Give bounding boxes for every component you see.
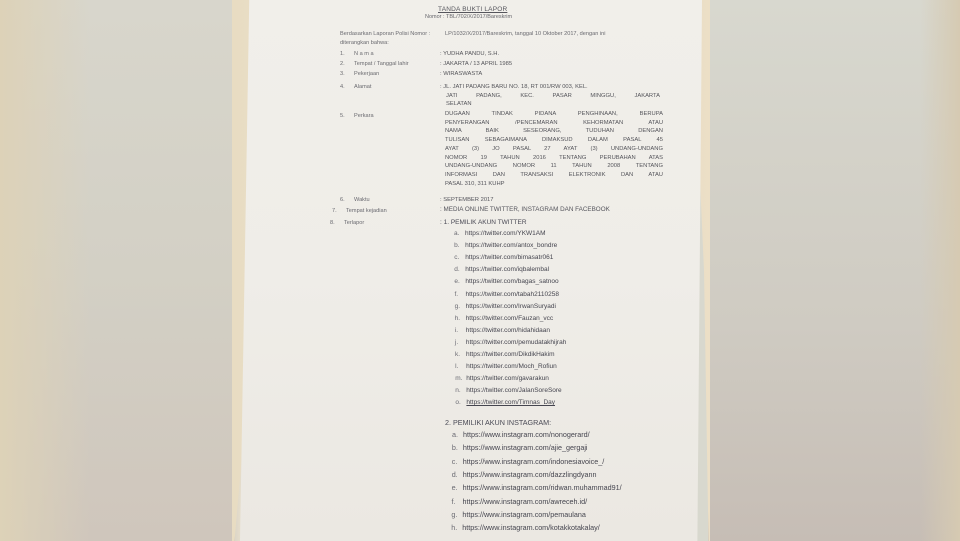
list-item-letter: l. — [455, 363, 466, 370]
case-line: DUGAAN TINDAK PIDANA PENGHINAAN, BERUPA — [445, 110, 663, 119]
field-index: 4. — [340, 84, 350, 90]
field-index: 8. — [330, 220, 340, 226]
field-value-birth: JAKARTA / 13 APRIL 1985 — [440, 60, 512, 69]
account-url: https://www.instagram.com/ridwan.muhamma… — [463, 483, 622, 492]
address-line: SELATAN — [446, 100, 660, 109]
intro-line2: diterangkan bahwa: — [340, 40, 389, 46]
list-item: f.https://www.instagram.com/awreceh.id/ — [452, 497, 588, 506]
list-item-letter: c. — [454, 254, 465, 261]
account-url: https://twitter.com/bagas_satnoo — [465, 278, 558, 285]
list-item-letter: g. — [455, 303, 466, 310]
account-url: https://twitter.com/Fauzan_vcc — [466, 315, 553, 322]
list-item: c.https://www.instagram.com/indonesiavoi… — [452, 457, 604, 466]
list-item-letter: g. — [451, 510, 462, 519]
list-item: k.https://twitter.com/DikdikHakim — [455, 351, 555, 358]
account-url: https://www.instagram.com/dazzlingdyann — [463, 470, 597, 479]
account-url: https://twitter.com/DikdikHakim — [466, 351, 555, 358]
field-value-name: YUDHA PANDU, S.H. — [440, 50, 499, 59]
twitter-accounts-heading: 1. PEMILIK AKUN TWITTER — [440, 219, 527, 228]
account-url: https://www.instagram.com/kotakkotakalay… — [462, 523, 599, 532]
list-item: g.https://twitter.com/IrwanSuryadi — [455, 303, 556, 310]
field-label: Perkara — [354, 113, 449, 119]
account-url: https://twitter.com/antox_bondre — [465, 242, 557, 249]
account-url: https://www.instagram.com/pemaulana — [462, 510, 585, 519]
field-value-case: DUGAAN TINDAK PIDANA PENGHINAAN, BERUPA … — [445, 110, 663, 188]
list-item: f.https://twitter.com/tabah2110258 — [455, 291, 559, 298]
list-item-letter: e. — [454, 278, 465, 285]
account-url: https://twitter.com/Moch_Rofiun — [466, 363, 557, 370]
list-item-letter: h. — [455, 315, 466, 322]
case-line: NOMOR 19 TAHUN 2016 TENTANG PERUBAHAN AT… — [445, 154, 663, 163]
background-right — [708, 0, 960, 541]
list-item-letter: a. — [454, 230, 465, 237]
account-url: https://www.instagram.com/nonogerard/ — [463, 430, 590, 439]
field-index: 5. — [340, 113, 350, 119]
list-item: h.https://twitter.com/Fauzan_vcc — [455, 315, 553, 322]
address-line: JATI PADANG, KEC. PASAR MINGGU, JAKARTA — [446, 92, 660, 101]
list-item: a.https://twitter.com/YKW1AM — [454, 230, 546, 237]
case-line: PASAL 310, 311 KUHP — [445, 180, 663, 189]
document-title: TANDA BUKTI LAPOR — [438, 6, 507, 13]
list-item: b.https://www.instagram.com/ajie_gergaji — [452, 443, 588, 452]
account-url: https://twitter.com/JalanSoreSore — [466, 387, 561, 394]
field-label: Tempat kejadian — [346, 208, 441, 214]
list-item-letter: a. — [452, 430, 463, 439]
field-value-location: MEDIA ONLINE TWITTER, INSTAGRAM DAN FACE… — [440, 206, 610, 215]
field-value-occupation: WIRASWASTA — [440, 70, 482, 79]
list-item: g.https://www.instagram.com/pemaulana — [451, 510, 585, 519]
account-url: https://twitter.com/pemudatakhijrah — [466, 339, 566, 346]
field-index: 1. — [340, 51, 350, 57]
field-value-time: SEPTEMBER 2017 — [440, 196, 494, 205]
intro-label: Berdasarkan Laporan Polisi Nomor : — [340, 30, 445, 39]
address-line: JL. JATI PADANG BARU NO. 18, RT 001/RW 0… — [443, 84, 587, 90]
list-item-letter: c. — [452, 457, 463, 466]
list-item-letter: d. — [452, 470, 463, 479]
account-url: https://twitter.com/tabah2110258 — [466, 291, 559, 298]
account-url: https://www.instagram.com/awreceh.id/ — [463, 497, 588, 506]
account-url: https://www.instagram.com/ajie_gergaji — [463, 443, 588, 452]
case-line: UNDANG-UNDANG NOMOR 11 TAHUN 2008 TENTAN… — [445, 162, 663, 171]
list-item-letter: h. — [451, 523, 462, 532]
field-index: 2. — [340, 61, 350, 67]
case-line: INFORMASI DAN TRANSAKSI ELEKTRONIK DAN A… — [445, 171, 663, 180]
field-index: 7. — [332, 208, 342, 214]
account-url: https://twitter.com/hidahidaan — [466, 327, 550, 334]
list-item-letter: o. — [455, 399, 466, 406]
field-label: Tempat / Tanggal lahir — [354, 61, 449, 67]
list-item-letter: b. — [454, 242, 465, 249]
account-url: https://twitter.com/gavarakun — [466, 375, 549, 382]
case-line: NAMA BAIK SESEORANG, TUDUHAN DENGAN — [445, 127, 663, 136]
field-index: 3. — [340, 71, 350, 77]
list-item: d.https://www.instagram.com/dazzlingdyan… — [452, 470, 597, 479]
list-item: e.https://twitter.com/bagas_satnoo — [454, 278, 558, 285]
account-url: https://twitter.com/YKW1AM — [465, 230, 546, 237]
list-item: j.https://twitter.com/pemudatakhijrah — [455, 339, 566, 346]
field-label: N a m a — [354, 51, 449, 57]
field-label: Waktu — [354, 197, 449, 203]
list-item: n.https://twitter.com/JalanSoreSore — [455, 387, 561, 394]
case-line: TULISAN SEBAGAIMANA DIMAKSUD DALAM PASAL… — [445, 136, 663, 145]
list-item: m.https://twitter.com/gavarakun — [455, 375, 549, 382]
account-url: https://twitter.com/IrwanSuryadi — [466, 303, 556, 310]
list-item: h.https://www.instagram.com/kotakkotakal… — [451, 523, 599, 532]
list-item: d.https://twitter.com/iqbalembal — [454, 266, 549, 273]
field-label: Pekerjaan — [354, 71, 449, 77]
list-item: b.https://twitter.com/antox_bondre — [454, 242, 557, 249]
account-url: https://twitter.com/Timnas_Day — [466, 399, 555, 406]
field-index: 6. — [340, 197, 350, 203]
field-label: Terlapor — [344, 220, 439, 226]
list-item-letter: i. — [455, 327, 466, 334]
list-item: a.https://www.instagram.com/nonogerard/ — [452, 430, 590, 439]
intro-value: LP/1032/X/2017/Bareskrim, tanggal 10 Okt… — [445, 31, 605, 37]
list-item: c.https://twitter.com/bimasatr061 — [454, 254, 553, 261]
background-left — [0, 0, 235, 541]
field-label: Alamat — [354, 84, 449, 90]
case-line: AYAT (3) JO PASAL 27 AYAT (3) UNDANG-UND… — [445, 145, 663, 154]
list-item: e.https://www.instagram.com/ridwan.muham… — [452, 483, 622, 492]
list-item-letter: b. — [452, 443, 463, 452]
list-item-letter: m. — [455, 375, 466, 382]
account-url: https://www.instagram.com/indonesiavoice… — [463, 457, 604, 466]
list-item-letter: f. — [452, 497, 463, 506]
list-item-letter: f. — [455, 291, 466, 298]
list-item: o.https://twitter.com/Timnas_Day — [455, 399, 555, 406]
list-item-letter: k. — [455, 351, 466, 358]
instagram-accounts-heading: 2. PEMILIKI AKUN INSTAGRAM: — [445, 418, 551, 427]
account-url: https://twitter.com/iqbalembal — [465, 266, 549, 273]
list-item-letter: n. — [455, 387, 466, 394]
field-value-address: JL. JATI PADANG BARU NO. 18, RT 001/RW 0… — [440, 83, 660, 109]
list-item-letter: e. — [452, 483, 463, 492]
police-report-document: TANDA BUKTI LAPOR Nomor : TBL/702/X/2017… — [240, 0, 702, 541]
list-item: i.https://twitter.com/hidahidaan — [455, 327, 550, 334]
list-item: l.https://twitter.com/Moch_Rofiun — [455, 363, 557, 370]
case-line: PENYERANGAN /PENCEMARAN KEHORMATAN ATAU — [445, 119, 663, 128]
intro-paragraph: Berdasarkan Laporan Polisi Nomor :LP/103… — [340, 30, 640, 48]
list-item-letter: d. — [454, 266, 465, 273]
document-number: Nomor : TBL/702/X/2017/Bareskrim — [425, 14, 512, 20]
list-item-letter: j. — [455, 339, 466, 346]
account-url: https://twitter.com/bimasatr061 — [465, 254, 553, 261]
